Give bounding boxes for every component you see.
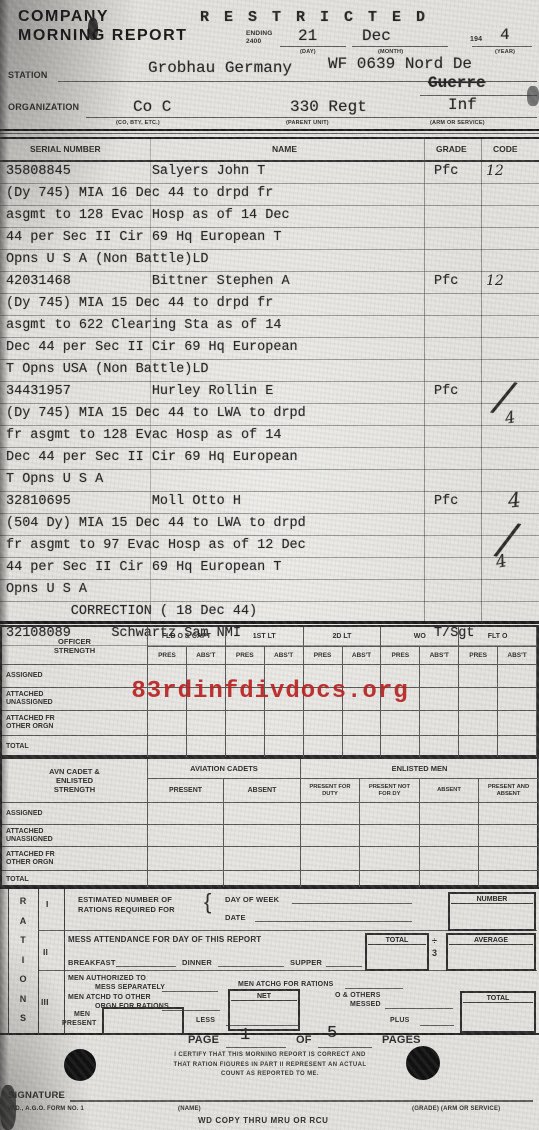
- organization-unit: Co C: [133, 98, 171, 116]
- subcol-pres: PRES: [148, 647, 187, 665]
- divide-sign: ÷: [432, 936, 437, 946]
- roster-grade-value: Pfc: [434, 164, 458, 179]
- strength-cell: [187, 736, 226, 759]
- cert-line1: I CERTIFY THAT THIS MORNING REPORT IS CO…: [118, 1051, 422, 1061]
- strength-cell: [420, 688, 459, 711]
- less-label: LESS: [196, 1017, 215, 1024]
- strength-cell: [226, 736, 265, 759]
- form-number: W.D., A.G.O. FORM NO. 1: [8, 1106, 84, 1112]
- enlisted-strength-label: AVN CADET & ENLISTED STRENGTH: [44, 767, 106, 794]
- page-label: PAGE: [188, 1034, 219, 1046]
- ruled-line: [420, 95, 537, 96]
- morning-report-document: COMPANY MORNING REPORT R E S T R I C T E…: [0, 0, 539, 1130]
- number-box-label: NUMBER: [451, 894, 533, 904]
- section-divider: [0, 129, 539, 131]
- ruled-line: [420, 1025, 454, 1026]
- page-number: 1: [240, 1026, 250, 1045]
- rations-section: R A T I O N S I II III ESTIMATED NUMBER …: [0, 887, 539, 1035]
- enlisted-strength-table: AVN CADET & ENLISTED STRENGTH AVIATION C…: [0, 757, 539, 887]
- roster-line: Opns U S A (Non Battle)LD: [0, 250, 539, 272]
- ruled-line: [86, 117, 537, 118]
- strength-cell: [420, 847, 479, 871]
- subcol-absent-enlisted: ABSENT: [420, 779, 479, 803]
- roster-line: Dec 44 per Sec II Cir 69 Hq European: [0, 448, 539, 470]
- strength-cell: [420, 803, 479, 825]
- strength-cell: [304, 736, 343, 759]
- rations-vertical-label: R A T I O N S: [8, 892, 38, 1034]
- ruled-line: [385, 1008, 453, 1009]
- enlisted-strength-corner: AVN CADET & ENLISTED STRENGTH: [2, 759, 148, 803]
- subcol-present-for-duty: PRESENT FOR DUTY: [301, 779, 360, 803]
- strength-cell: [459, 736, 498, 759]
- strength-cell: [498, 736, 537, 759]
- roster-grade-value: Pfc: [434, 384, 458, 399]
- subcol-text: ABSENT: [437, 787, 461, 794]
- strength-row-label-text: TOTAL: [6, 876, 29, 884]
- cert-line3: COUNT AS REPORTED TO ME.: [118, 1070, 422, 1080]
- strength-cell: [420, 736, 459, 759]
- subcol-abst: ABS'T: [498, 647, 537, 665]
- roster-entry-text: Dec 44 per Sec II Cir 69 Hq European: [6, 340, 298, 355]
- name-sublabel: (NAME): [178, 1106, 201, 1112]
- dinner-label: DINNER: [182, 958, 212, 967]
- strength-row-label: ATTACHED FR OTHER ORGN: [2, 711, 148, 736]
- strength-cell: [479, 847, 539, 871]
- subcol-text: PRESENT FOR DUTY: [307, 784, 353, 797]
- roster-entry-text: 42031468 Bittner Stephen A: [6, 274, 290, 289]
- brace-glyph: {: [204, 889, 212, 915]
- subcol-pres: PRES: [459, 647, 498, 665]
- strength-cell: [301, 847, 360, 871]
- strength-row-label-text: ASSIGNED: [6, 810, 43, 818]
- roster-entry-text: (Dy 745) MIA 16 Dec 44 to drpd fr: [6, 186, 273, 201]
- strength-cell: [224, 803, 301, 825]
- col-group-aviation-cadets: AVIATION CADETS: [148, 759, 301, 779]
- col-header-serial: SERIAL NUMBER: [30, 144, 101, 154]
- strength-row-label-text: TOTAL: [6, 743, 29, 751]
- roster-line: asgmt to 622 Clearing Sta as of 14: [0, 316, 539, 338]
- report-month: Dec: [362, 27, 391, 45]
- others-messed-label2: MESSED: [350, 1001, 381, 1008]
- section-divider: [0, 133, 539, 134]
- strength-cell: [224, 847, 301, 871]
- roster-entry-text: asgmt to 622 Clearing Sta as of 14: [6, 318, 281, 333]
- organization-label: ORGANIZATION: [8, 102, 79, 112]
- strength-cell: [343, 736, 382, 759]
- strength-cell: [360, 825, 420, 847]
- roster-line: (Dy 745) MIA 15 Dec 44 to drpd fr: [0, 294, 539, 316]
- men-present-label2: PRESENT: [62, 1020, 96, 1027]
- roster-entry-text: 44 per Sec II Cir 69 Hq European T: [6, 560, 281, 575]
- hole-punch-right: [406, 1046, 440, 1080]
- strength-row-label: ATTACHED UNASSIGNED: [2, 825, 148, 847]
- org-unit-sublabel: (CO, BTY, ETC.): [116, 120, 160, 126]
- strength-row-label: ATTACHED FR OTHER ORGN: [2, 847, 148, 871]
- roster-line: (504 Dy) MIA 15 Dec 44 to LWA to drpd: [0, 514, 539, 536]
- roster-code-value: 12: [486, 273, 504, 289]
- column-divider: [38, 889, 39, 1035]
- of-label: OF: [296, 1034, 312, 1046]
- strength-row-label-text: ATTACHED FR OTHER ORGN: [6, 851, 78, 866]
- col-header-grade: GRADE: [436, 144, 467, 154]
- strength-cell: [304, 711, 343, 736]
- pages-label: PAGES: [382, 1034, 421, 1046]
- roster-line: T Opns U S A: [0, 470, 539, 492]
- strength-cell: [381, 711, 420, 736]
- men-authorized-label1: MEN AUTHORIZED TO: [68, 975, 146, 982]
- strength-cell: [498, 688, 537, 711]
- plus-label: PLUS: [390, 1017, 409, 1024]
- strength-cell: [148, 847, 224, 871]
- roster-line: Opns U S A: [0, 580, 539, 602]
- roster-line: 34431957 Hurley Rollin E Pfc: [0, 382, 539, 404]
- strength-cell: [148, 711, 187, 736]
- subcol-abst: ABS'T: [343, 647, 382, 665]
- officer-strength-corner: OFFICER STRENGTH: [2, 627, 148, 665]
- strength-cell: [498, 665, 537, 688]
- subcol-text: PRESENT NOT FOR DY: [367, 784, 413, 797]
- column-divider: [64, 889, 65, 1035]
- roster-line: T Opns USA (Non Battle)LD: [0, 360, 539, 382]
- strength-row-label: TOTAL: [2, 736, 148, 759]
- ruled-line: [226, 1047, 286, 1048]
- bottom-routing-note: WD COPY THRU MRU OR RCU: [198, 1116, 329, 1125]
- org-parent-sublabel: (PARENT UNIT): [286, 120, 329, 126]
- roster-line: (Dy 745) MIA 15 Dec 44 to LWA to drpd: [0, 404, 539, 426]
- roster-grade-value: Pfc: [434, 274, 458, 289]
- grade-sublabel: (GRADE) (ARM OR SERVICE): [412, 1106, 500, 1112]
- strength-cell: [148, 736, 187, 759]
- estimated-rations-label1: ESTIMATED NUMBER OF: [78, 895, 172, 904]
- roster-entry-text: asgmt to 128 Evac Hosp as of 14 Dec: [6, 208, 290, 223]
- ending-label: ENDING: [246, 30, 272, 37]
- strength-cell: [459, 711, 498, 736]
- men-present-label1: MEN: [74, 1011, 90, 1018]
- net-box-label: NET: [231, 991, 297, 1001]
- subcol-present: PRESENT: [148, 779, 224, 803]
- total-box-label: TOTAL: [368, 935, 426, 945]
- subcol-text: PRESENT AND ABSENT: [486, 784, 532, 797]
- others-messed-label1: O & OTHERS: [335, 992, 381, 999]
- roster-entry-text: fr asgmt to 97 Evac Hosp as of 12 Dec: [6, 538, 306, 553]
- subcol-present-not-for-duty: PRESENT NOT FOR DY: [360, 779, 420, 803]
- ruled-line: [326, 966, 362, 967]
- strength-cell: [187, 711, 226, 736]
- total2-box-label: TOTAL: [463, 993, 533, 1003]
- col-group-wo: WO: [381, 627, 459, 647]
- average-box: AVERAGE: [446, 933, 536, 971]
- ruled-line: [472, 46, 532, 47]
- strength-cell: [420, 711, 459, 736]
- supper-label: SUPPER: [290, 958, 322, 967]
- roster-line: fr asgmt to 97 Evac Hosp as of 12 Dec: [0, 536, 539, 558]
- roster-entry-text: 32810695 Moll Otto H: [6, 494, 241, 509]
- subcol-abst: ABS'T: [187, 647, 226, 665]
- roster-header-row: SERIAL NUMBER NAME GRADE CODE: [0, 139, 539, 162]
- strength-cell: [265, 711, 304, 736]
- roster-code-value: 12: [486, 163, 504, 179]
- pages-total: 5: [327, 1024, 337, 1043]
- strength-row-label-text: ATTACHED FR OTHER ORGN: [6, 715, 78, 730]
- strength-cell: [479, 825, 539, 847]
- strength-cell: [148, 825, 224, 847]
- col-group-1st-lt: 1ST LT: [226, 627, 304, 647]
- report-day: 21: [298, 27, 317, 45]
- subcol-absent: ABSENT: [224, 779, 301, 803]
- ruled-line: [255, 921, 412, 922]
- station-value: Grobhau Germany: [148, 59, 292, 77]
- col-group-flt-o: FLT O: [459, 627, 537, 647]
- roster-line: 32810695 Moll Otto H Pfc: [0, 492, 539, 514]
- form-title-line1: COMPANY: [18, 7, 187, 26]
- roster-entry-text: Opns U S A: [6, 582, 87, 597]
- section-numeral-3: III: [41, 997, 49, 1007]
- men-authorized-label2: MESS SEPARATELY: [95, 984, 165, 991]
- roster-entry-text: 35808845 Salyers John T: [6, 164, 265, 179]
- strength-cell: [224, 825, 301, 847]
- ruled-line: [116, 966, 176, 967]
- ruled-line: [345, 988, 403, 989]
- form-title: COMPANY MORNING REPORT: [18, 7, 187, 45]
- signature-line: [70, 1100, 533, 1102]
- strength-cell: [265, 736, 304, 759]
- subcol-abst: ABS'T: [420, 647, 459, 665]
- roster-entry-text: CORRECTION ( 18 Dec 44): [6, 604, 257, 619]
- breakfast-label: BREAKFAST: [68, 958, 116, 967]
- roster-entry-text: 44 per Sec II Cir 69 Hq European T: [6, 230, 281, 245]
- col-group-enlisted-men: ENLISTED MEN: [301, 759, 539, 779]
- officer-strength-label: OFFICER STRENGTH: [44, 637, 106, 655]
- subcol-present-and-absent: PRESENT AND ABSENT: [479, 779, 539, 803]
- roster-lines: 35808845 Salyers John T Pfc 12 (Dy 745) …: [0, 162, 539, 646]
- scan-blemish: [527, 86, 539, 106]
- strength-cell: [420, 825, 479, 847]
- col-header-name: NAME: [272, 144, 297, 154]
- strength-cell: [381, 736, 420, 759]
- personnel-roster: SERIAL NUMBER NAME GRADE CODE 35808845 S…: [0, 137, 539, 624]
- section-numeral-1: I: [46, 899, 49, 909]
- cert-line2: THAT RATION FIGURES IN PART II REPRESENT…: [118, 1061, 422, 1071]
- strength-cell: [226, 711, 265, 736]
- roster-entry-text: T Opns U S A: [6, 472, 103, 487]
- strength-row-label-text: ATTACHED UNASSIGNED: [6, 691, 78, 706]
- scan-edge-shadow: [0, 0, 9, 1130]
- col-header-code: CODE: [493, 144, 518, 154]
- strength-cell: [343, 711, 382, 736]
- strength-row-label-text: ASSIGNED: [6, 672, 43, 680]
- strength-row-label-text: ATTACHED UNASSIGNED: [6, 828, 78, 843]
- strength-cell: [459, 688, 498, 711]
- roster-entry-text: (Dy 745) MIA 15 Dec 44 to LWA to drpd: [6, 406, 306, 421]
- strength-cell: [498, 711, 537, 736]
- report-year: 4: [500, 26, 510, 44]
- roster-grade-value: Pfc: [434, 494, 458, 509]
- strength-cell: [420, 665, 459, 688]
- roster-line: Dec 44 per Sec II Cir 69 Hq European: [0, 338, 539, 360]
- mess-attendance-label: MESS ATTENDANCE FOR DAY OF THIS REPORT: [68, 935, 261, 944]
- year-sublabel: (YEAR): [495, 49, 515, 55]
- subcol-pres: PRES: [304, 647, 343, 665]
- strength-cell: [459, 665, 498, 688]
- roster-line: 35808845 Salyers John T Pfc 12: [0, 162, 539, 184]
- roster-entry-text: (504 Dy) MIA 15 Dec 44 to LWA to drpd: [6, 516, 306, 531]
- station-label: STATION: [8, 70, 48, 80]
- ruled-line: [318, 1047, 372, 1048]
- men-atchg-rations-label: MEN ATCHG FOR RATIONS: [238, 981, 333, 988]
- station-coordinates: WF 0639 Nord De: [328, 55, 472, 73]
- year-prefix: 194: [470, 36, 482, 43]
- strength-cell: [301, 803, 360, 825]
- day-of-week-label: DAY OF WEEK: [225, 895, 279, 904]
- strength-cell: [479, 803, 539, 825]
- section-divider: [0, 621, 539, 624]
- organization-parent: 330 Regt: [290, 98, 367, 116]
- roster-line: 44 per Sec II Cir 69 Hq European T: [0, 228, 539, 250]
- strength-row-label: ASSIGNED: [2, 803, 148, 825]
- ruled-line: [218, 966, 284, 967]
- section-numeral-2: II: [43, 947, 48, 957]
- men-present-box: [102, 1007, 184, 1035]
- roster-entry-text: Opns U S A (Non Battle)LD: [6, 252, 209, 267]
- ending-time: 2400: [246, 38, 261, 45]
- average-box-label: AVERAGE: [449, 935, 533, 945]
- hole-punch-left: [64, 1049, 96, 1081]
- ruled-line: [162, 991, 218, 992]
- subcol-pres: PRES: [226, 647, 265, 665]
- roster-entry-text: fr asgmt to 128 Evac Hosp as of 14: [6, 428, 281, 443]
- ruled-line: [280, 46, 346, 47]
- roster-entry-text: (Dy 745) MIA 15 Dec 44 to drpd fr: [6, 296, 273, 311]
- station-coordinates-struck: Guerre: [428, 74, 486, 92]
- ruled-line: [292, 903, 412, 904]
- strength-cell: [360, 847, 420, 871]
- organization-arm: Inf: [448, 96, 477, 114]
- classification-stamp: R E S T R I C T E D: [200, 9, 428, 26]
- day-sublabel: (DAY): [300, 49, 316, 55]
- roster-entry-text: Dec 44 per Sec II Cir 69 Hq European: [6, 450, 298, 465]
- total2-box: TOTAL: [460, 991, 536, 1033]
- signature-label: SIGNATURE: [8, 1090, 65, 1101]
- handwritten-numeral-mark: 4: [507, 487, 522, 512]
- roster-line: fr asgmt to 128 Evac Hosp as of 14: [0, 426, 539, 448]
- divide-by: 3: [432, 948, 437, 958]
- strength-cell: [360, 803, 420, 825]
- org-arm-sublabel: (ARM OR SERVICE): [430, 120, 485, 126]
- roster-line: 42031468 Bittner Stephen A Pfc 12: [0, 272, 539, 294]
- col-group-2d-lt: 2D LT: [304, 627, 382, 647]
- men-atchd-other-label1: MEN ATCHD TO OTHER: [68, 994, 151, 1001]
- roster-entry-text: T Opns USA (Non Battle)LD: [6, 362, 209, 377]
- total-box: TOTAL: [365, 933, 429, 971]
- roster-entry-text: 34431957 Hurley Rollin E: [6, 384, 273, 399]
- website-watermark: 83rdinfdivdocs.org: [120, 678, 420, 705]
- strength-cell: [301, 825, 360, 847]
- ruled-line: [352, 46, 448, 47]
- roster-line: 44 per Sec II Cir 69 Hq European T: [0, 558, 539, 580]
- subcol-abst: ABS'T: [265, 647, 304, 665]
- estimated-rations-label2: RATIONS REQUIRED FOR: [78, 905, 175, 914]
- col-group-fldo-capt: FLD O & CAPT: [148, 627, 226, 647]
- strength-cell: [148, 803, 224, 825]
- form-title-line2: MORNING REPORT: [18, 26, 187, 45]
- number-box: NUMBER: [448, 892, 536, 931]
- certification-text: I CERTIFY THAT THIS MORNING REPORT IS CO…: [118, 1051, 422, 1080]
- ruled-line: [226, 1025, 300, 1026]
- roster-line: asgmt to 128 Evac Hosp as of 14 Dec: [0, 206, 539, 228]
- date-label: DATE: [225, 913, 246, 922]
- subcol-pres: PRES: [381, 647, 420, 665]
- roster-line: (Dy 745) MIA 16 Dec 44 to drpd fr: [0, 184, 539, 206]
